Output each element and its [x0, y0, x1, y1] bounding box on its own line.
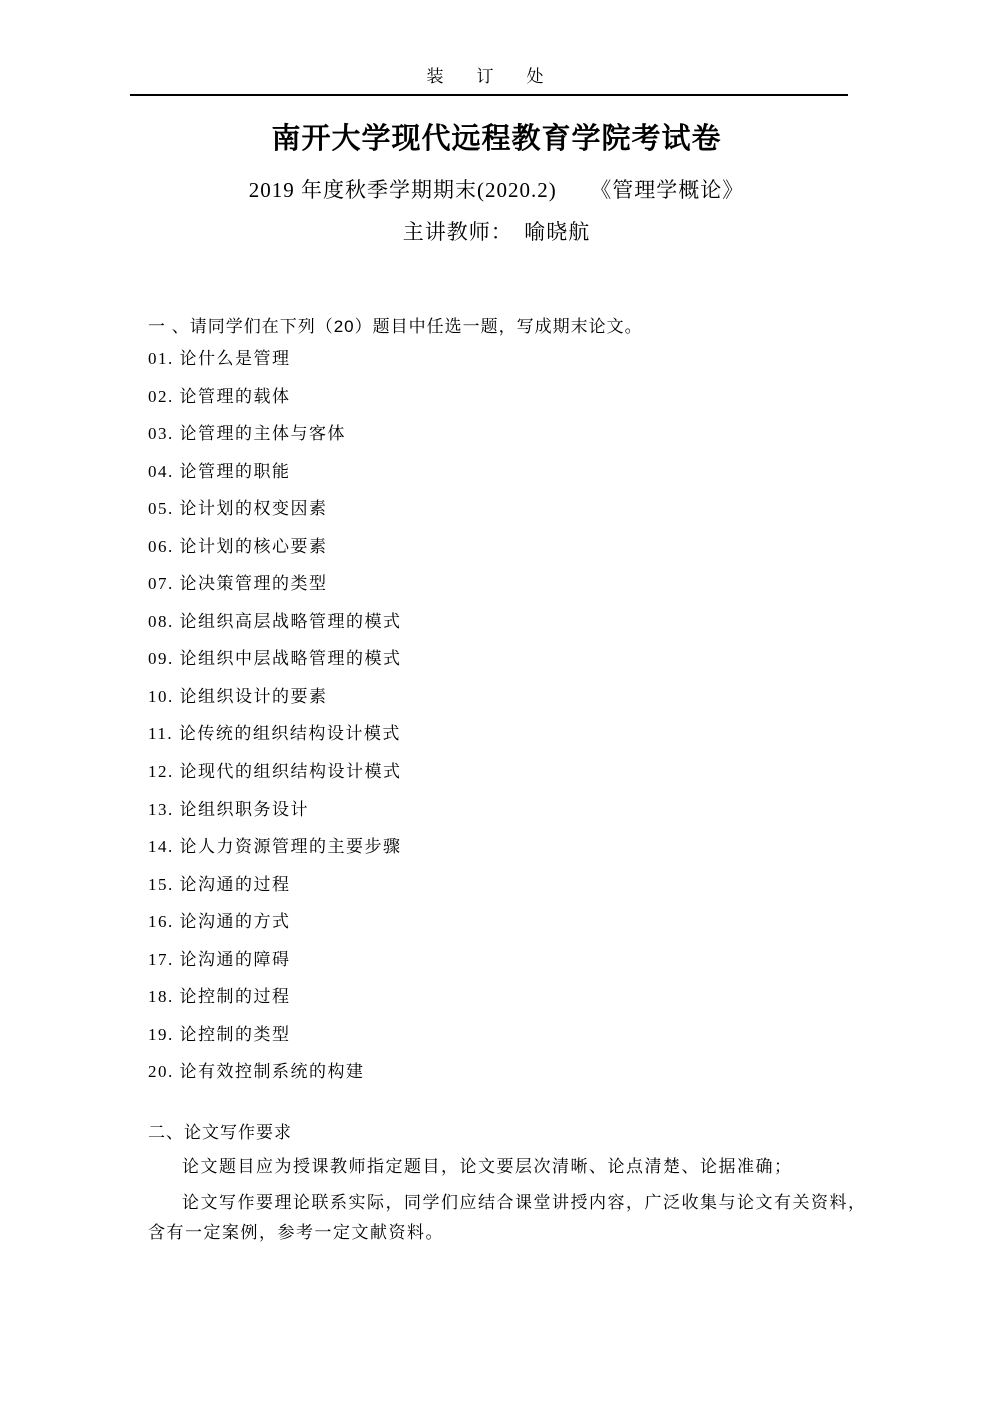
requirement-paragraph: 论文写作要理论联系实际，同学们应结合课堂讲授内容，广泛收集与论文有关资料，含有一…	[148, 1188, 873, 1248]
essay-topic-item: 12. 论现代的组织结构设计模式	[148, 753, 873, 791]
essay-topic-item: 09. 论组织中层战略管理的模式	[148, 640, 873, 678]
essay-topic-item: 05. 论计划的权变因素	[148, 490, 873, 528]
essay-topic-item: 10. 论组织设计的要素	[148, 678, 873, 716]
binding-strip: 装 订 处	[130, 62, 848, 96]
essay-topic-item: 14. 论人力资源管理的主要步骤	[148, 828, 873, 866]
writing-requirements: 论文题目应为授课教师指定题目，论文要层次清晰、论点清楚、论据准确； 论文写作要理…	[148, 1152, 873, 1254]
essay-topic-item: 19. 论控制的类型	[148, 1016, 873, 1054]
section-one-heading: 一 、请同学们在下列（20）题目中任选一题，写成期末论文。	[148, 312, 643, 337]
essay-topic-item: 01. 论什么是管理	[148, 340, 873, 378]
essay-topic-item: 15. 论沟通的过程	[148, 866, 873, 904]
essay-topic-item: 07. 论决策管理的类型	[148, 565, 873, 603]
essay-topic-item: 04. 论管理的职能	[148, 453, 873, 491]
page-subtitle: 2019 年度秋季学期期末(2020.2) 《管理学概论》	[0, 174, 993, 204]
essay-topic-item: 16. 论沟通的方式	[148, 903, 873, 941]
essay-topic-item: 11. 论传统的组织结构设计模式	[148, 715, 873, 753]
binding-label: 装 订 处	[427, 67, 552, 86]
essay-topic-item: 20. 论有效控制系统的构建	[148, 1053, 873, 1091]
requirement-paragraph: 论文题目应为授课教师指定题目，论文要层次清晰、论点清楚、论据准确；	[148, 1152, 873, 1182]
essay-topic-item: 18. 论控制的过程	[148, 978, 873, 1016]
essay-topic-item: 17. 论沟通的障碍	[148, 941, 873, 979]
lecturer-line: 主讲教师： 喻晓航	[0, 216, 993, 246]
essay-topic-list: 01. 论什么是管理 02. 论管理的载体 03. 论管理的主体与客体 04. …	[148, 340, 873, 1091]
essay-topic-item: 06. 论计划的核心要素	[148, 528, 873, 566]
section-two-heading: 二、论文写作要求	[148, 1118, 292, 1143]
essay-topic-item: 03. 论管理的主体与客体	[148, 415, 873, 453]
essay-topic-item: 08. 论组织高层战略管理的模式	[148, 603, 873, 641]
page-title: 南开大学现代远程教育学院考试卷	[0, 116, 993, 157]
exam-paper-page: 装 订 处 南开大学现代远程教育学院考试卷 2019 年度秋季学期期末(2020…	[0, 0, 993, 1404]
essay-topic-item: 02. 论管理的载体	[148, 378, 873, 416]
essay-topic-item: 13. 论组织职务设计	[148, 791, 873, 829]
